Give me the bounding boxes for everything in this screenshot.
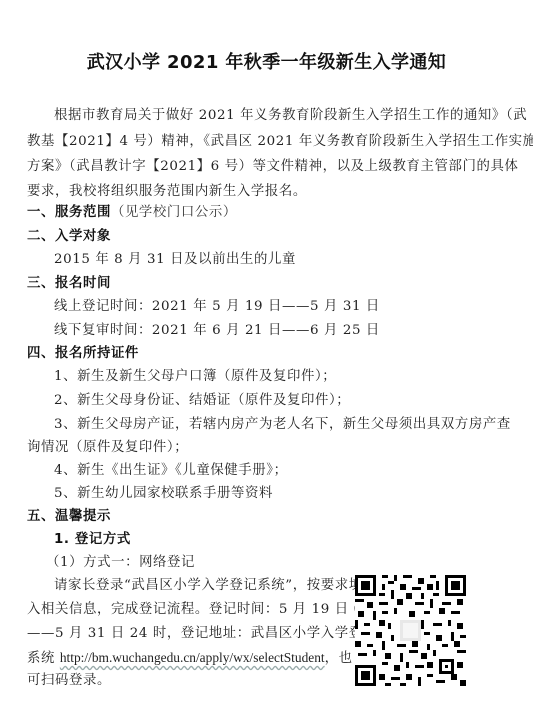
intro-line: 教基【2021】4 号）精神，《武昌区 2021 年义务教育阶段新生入学招生工作…: [27, 133, 533, 151]
document-item: 1、新生及新生父母户口簿（原件及复印件）；: [54, 368, 336, 386]
sub-heading: 1. 登记方式: [54, 531, 131, 549]
document-item: 2、新生父母身份证、结婚证（原件及复印件）；: [54, 392, 350, 410]
section-note: （见学校门口公示）: [111, 205, 237, 220]
instruction-line: 可扫码登录。: [27, 672, 111, 690]
method-label: （1）方式一：网络登记: [46, 554, 195, 572]
notice-page: 武汉小学 2021 年秋季一年级新生入学通知 根据市教育局关于做好 2021 年…: [0, 0, 533, 723]
instruction-line: 请家长登录“武昌区小学入学登记系统”，按要求填: [54, 577, 363, 595]
url-prefix: 系统: [27, 651, 60, 666]
document-item: 5、新生幼儿园家校联系手册等资料: [54, 485, 273, 503]
url-suffix: ，也: [325, 651, 353, 666]
page-title: 武汉小学 2021 年秋季一年级新生入学通知: [0, 48, 533, 74]
section-heading: 一、服务范围: [27, 205, 111, 220]
section-service-area: 一、服务范围（见学校门口公示）: [27, 204, 237, 222]
section-heading: 四、报名所持证件: [27, 345, 139, 363]
intro-line: 要求，我校将组织服务范围内新生入学报名。: [27, 183, 307, 201]
document-item: 3、新生父母房产证，若辖内房产为老人名下，新生父母须出具双方房产查: [54, 416, 511, 434]
document-item: 4、新生《出生证》《儿童保健手册》；: [54, 462, 288, 480]
intro-line: 方案》（武昌教计字【2021】6 号）等文件精神，以及上级教育主管部门的具体: [27, 158, 518, 176]
intro-line: 根据市教育局关于做好 2021 年义务教育阶段新生入学招生工作的通知》（武: [54, 107, 527, 125]
section-heading: 三、报名时间: [27, 275, 111, 293]
offline-review-time: 线下复审时间：2021 年 6 月 21 日——6 月 25 日: [54, 322, 380, 340]
qr-code-graphic: [355, 575, 466, 686]
section-heading: 五、温馨提示: [27, 508, 111, 526]
enrollment-eligibility: 2015 年 8 月 31 日及以前出生的儿童: [54, 251, 296, 269]
instruction-line: ——5 月 31 日 24 时，登记地址：武昌区小学入学登记: [27, 625, 377, 643]
instruction-line: 入相关信息，完成登记流程。登记时间：5 月 19 日 0 时: [27, 601, 382, 619]
document-item-continued: 询情况（原件及复印件）；: [27, 439, 188, 457]
online-registration-time: 线上登记时间：2021 年 5 月 19 日——5 月 31 日: [54, 298, 380, 316]
registration-url-line: 系统 http://bm.wuchangedu.cn/apply/wx/sele…: [27, 649, 353, 668]
registration-link[interactable]: http://bm.wuchangedu.cn/apply/wx/selectS…: [60, 650, 325, 665]
section-heading: 二、入学对象: [27, 228, 111, 246]
qr-code-icon[interactable]: [355, 575, 466, 686]
